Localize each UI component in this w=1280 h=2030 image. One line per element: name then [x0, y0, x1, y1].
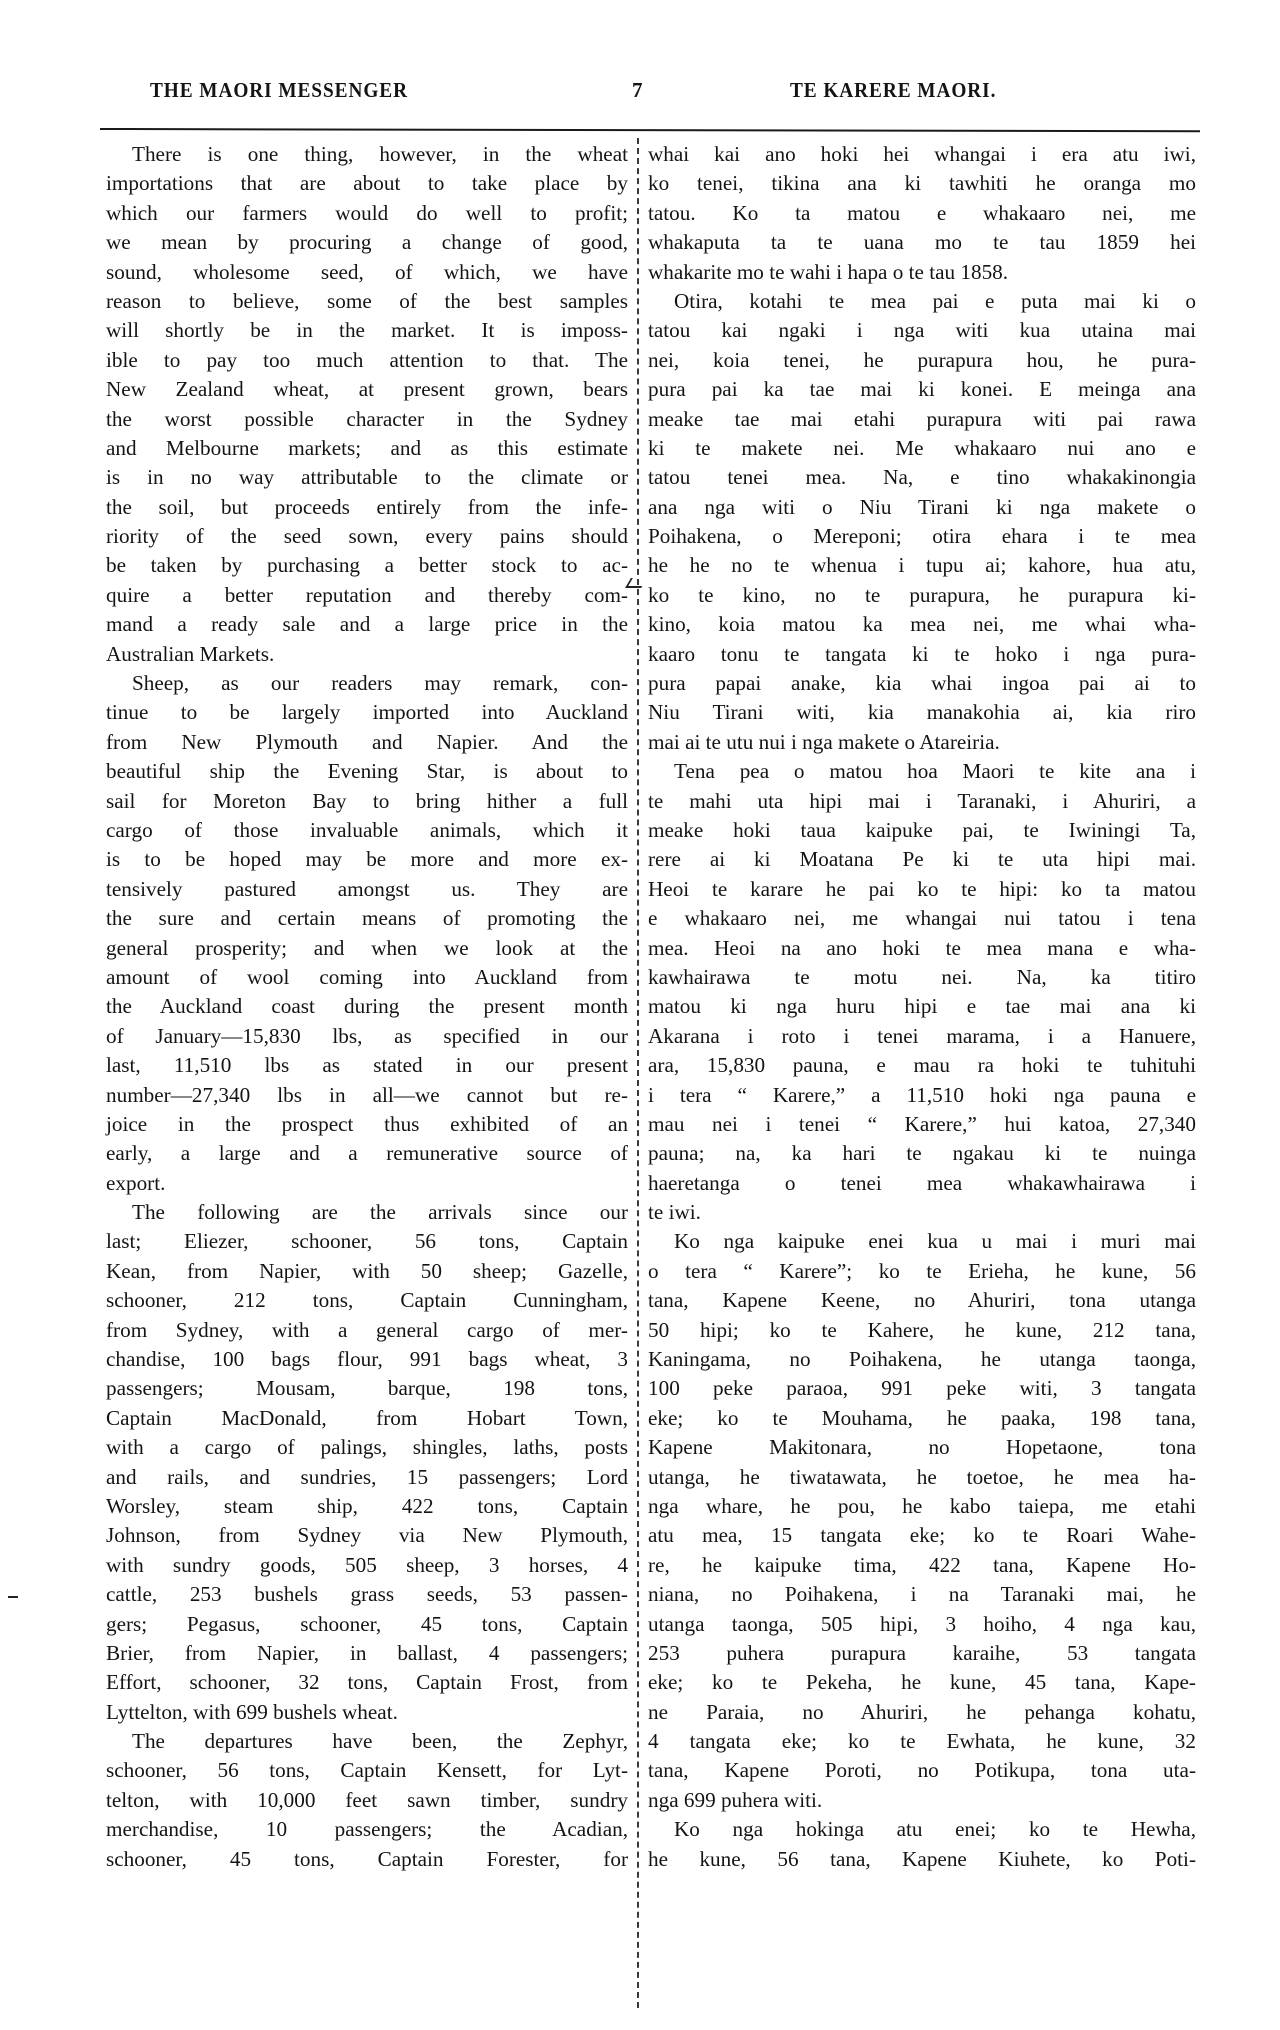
text-line: riority of the seed sown, every pains sh…: [106, 522, 628, 551]
paragraph: Tena pea o matou hoa Maori te kite ana i…: [648, 757, 1196, 1227]
text-line: with a cargo of palings, shingles, laths…: [106, 1433, 628, 1462]
page-number: 7: [632, 78, 644, 103]
text-line: reason to believe, some of the best samp…: [106, 287, 628, 316]
text-line: Otira, kotahi te mea pai e puta mai ki o: [648, 287, 1196, 316]
text-line: nga 699 puhera witi.: [648, 1786, 1196, 1815]
text-line: kaaro tonu te tangata ki te hoko i nga p…: [648, 640, 1196, 669]
text-line: and rails, and sundries, 15 passengers; …: [106, 1463, 628, 1492]
text-line: Niu Tirani witi, kia manakohia ai, kia r…: [648, 698, 1196, 727]
text-line: is in no way attributable to the climate…: [106, 463, 628, 492]
text-line: matou ki nga huru hipi e tae mai ana ki: [648, 992, 1196, 1021]
margin-tick-mark: [8, 1596, 18, 1598]
text-line: quire a better reputation and thereby co…: [106, 581, 628, 610]
text-line: utanga taonga, 505 hipi, 3 hoiho, 4 nga …: [648, 1610, 1196, 1639]
column-divider: [637, 138, 639, 2008]
text-line: cargo of those invaluable animals, which…: [106, 816, 628, 845]
text-line: the worst possible character in the Sydn…: [106, 405, 628, 434]
text-line: Poihakena, o Mereponi; otira ehara i te …: [648, 522, 1196, 551]
text-line: gers; Pegasus, schooner, 45 tons, Captai…: [106, 1610, 628, 1639]
text-line: mai ai te utu nui i nga makete o Atareir…: [648, 728, 1196, 757]
text-line: early, a large and a remunerative source…: [106, 1139, 628, 1168]
text-line: te iwi.: [648, 1198, 1196, 1227]
text-line: kino, koia matou ka mea nei, me whai wha…: [648, 610, 1196, 639]
text-line: general prosperity; and when we look at …: [106, 934, 628, 963]
text-line: Heoi te karare he pai ko te hipi: ko ta …: [648, 875, 1196, 904]
text-line: whai kai ano hoki hei whangai i era atu …: [648, 140, 1196, 169]
text-line: ki te makete nei. Me whakaaro nui ano e: [648, 434, 1196, 463]
text-line: ko te kino, no te purapura, he purapura …: [648, 581, 1196, 610]
text-line: i tera “ Karere,” a 11,510 hoki nga paun…: [648, 1081, 1196, 1110]
text-line: nga whare, he pou, he kabo taiepa, me et…: [648, 1492, 1196, 1521]
text-line: Captain MacDonald, from Hobart Town,: [106, 1404, 628, 1433]
text-line: nei, koia tenei, he purapura hou, he pur…: [648, 346, 1196, 375]
paragraph: Ko nga kaipuke enei kua u mai i muri mai…: [648, 1227, 1196, 1815]
text-line: re, he kaipuke tima, 422 tana, Kapene Ho…: [648, 1551, 1196, 1580]
text-line: will shortly be in the market. It is imp…: [106, 316, 628, 345]
text-line: atu mea, 15 tangata eke; ko te Roari Wah…: [648, 1521, 1196, 1550]
text-line: tana, Kapene Poroti, no Potikupa, tona u…: [648, 1756, 1196, 1785]
text-line: amount of wool coming into Auckland from: [106, 963, 628, 992]
text-line: tensively pastured amongst us. They are: [106, 875, 628, 904]
text-line: number—27,340 lbs in all—we cannot but r…: [106, 1081, 628, 1110]
english-column: There is one thing, however, in the whea…: [106, 140, 628, 1874]
text-line: be taken by purchasing a better stock to…: [106, 551, 628, 580]
text-line: There is one thing, however, in the whea…: [106, 140, 628, 169]
text-line: sail for Moreton Bay to bring hither a f…: [106, 787, 628, 816]
text-line: Ko nga kaipuke enei kua u mai i muri mai: [648, 1227, 1196, 1256]
text-line: o tera “ Karere”; ko te Erieha, he kune,…: [648, 1257, 1196, 1286]
text-line: Brier, from Napier, in ballast, 4 passen…: [106, 1639, 628, 1668]
text-line: 4 tangata eke; ko te Ewhata, he kune, 32: [648, 1727, 1196, 1756]
page-header: THE MAORI MESSENGER 7 TE KARERE MAORI.: [150, 78, 1220, 118]
text-line: Lyttelton, with 699 bushels wheat.: [106, 1698, 628, 1727]
text-line: te mahi uta hipi mai i Taranaki, i Ahuri…: [648, 787, 1196, 816]
text-line: Sheep, as our readers may remark, con-: [106, 669, 628, 698]
header-rule: [100, 128, 1200, 132]
text-line: Kapene Makitonara, no Hopetaone, tona: [648, 1433, 1196, 1462]
text-line: ara, 15,830 pauna, e mau ra hoki te tuhi…: [648, 1051, 1196, 1080]
text-line: 253 puhera purapura karaihe, 53 tangata: [648, 1639, 1196, 1668]
text-line: mand a ready sale and a large price in t…: [106, 610, 628, 639]
text-line: chandise, 100 bags flour, 991 bags wheat…: [106, 1345, 628, 1374]
text-line: merchandise, 10 passengers; the Acadian,: [106, 1815, 628, 1844]
text-line: Johnson, from Sydney via New Plymouth,: [106, 1521, 628, 1550]
text-line: which our farmers would do well to profi…: [106, 199, 628, 228]
text-line: the sure and certain means of promoting …: [106, 904, 628, 933]
paragraph: Otira, kotahi te mea pai e puta mai ki o…: [648, 287, 1196, 757]
text-line: with sundry goods, 505 sheep, 3 horses, …: [106, 1551, 628, 1580]
text-line: beautiful ship the Evening Star, is abou…: [106, 757, 628, 786]
text-line: utanga, he tiwatawata, he toetoe, he mea…: [648, 1463, 1196, 1492]
text-line: 50 hipi; ko te Kahere, he kune, 212 tana…: [648, 1316, 1196, 1345]
text-line: export.: [106, 1169, 628, 1198]
text-line: we mean by procuring a change of good,: [106, 228, 628, 257]
text-line: passengers; Mousam, barque, 198 tons,: [106, 1374, 628, 1403]
text-line: 100 peke paraoa, 991 peke witi, 3 tangat…: [648, 1374, 1196, 1403]
paragraph: The following are the arrivals since our…: [106, 1198, 628, 1727]
paragraph: Sheep, as our readers may remark, con-ti…: [106, 669, 628, 1198]
text-line: pura pai ka tae mai ki konei. E meinga a…: [648, 375, 1196, 404]
text-line: Australian Markets.: [106, 640, 628, 669]
text-line: the Auckland coast during the present mo…: [106, 992, 628, 1021]
text-line: tatou. Ko ta matou e whakaaro nei, me: [648, 199, 1196, 228]
text-line: kawhairawa te motu nei. Na, ka titiro: [648, 963, 1196, 992]
text-line: of January—15,830 lbs, as specified in o…: [106, 1022, 628, 1051]
text-line: schooner, 212 tons, Captain Cunningham,: [106, 1286, 628, 1315]
text-line: he kune, 56 tana, Kapene Kiuhete, ko Pot…: [648, 1845, 1196, 1874]
text-line: niana, no Poihakena, i na Taranaki mai, …: [648, 1580, 1196, 1609]
text-line: mea. Heoi na ano hoki te mea mana e wha-: [648, 934, 1196, 963]
text-line: The departures have been, the Zephyr,: [106, 1727, 628, 1756]
paragraph: There is one thing, however, in the whea…: [106, 140, 628, 669]
text-line: Worsley, steam ship, 422 tons, Captain: [106, 1492, 628, 1521]
text-line: cattle, 253 bushels grass seeds, 53 pass…: [106, 1580, 628, 1609]
text-line: Effort, schooner, 32 tons, Captain Frost…: [106, 1668, 628, 1697]
text-line: tatou kai ngaki i nga witi kua utaina ma…: [648, 316, 1196, 345]
paragraph: The departures have been, the Zephyr,sch…: [106, 1727, 628, 1874]
text-line: New Zealand wheat, at present grown, bea…: [106, 375, 628, 404]
text-line: meake tae mai etahi purapura witi pai ra…: [648, 405, 1196, 434]
text-line: tana, Kapene Keene, no Ahuriri, tona uta…: [648, 1286, 1196, 1315]
text-line: ne Paraia, no Ahuriri, he pehanga kohatu…: [648, 1698, 1196, 1727]
text-line: Akarana i roto i tenei marama, i a Hanue…: [648, 1022, 1196, 1051]
text-line: Ko nga hokinga atu enei; ko te Hewha,: [648, 1815, 1196, 1844]
paragraph: Ko nga hokinga atu enei; ko te Hewha,he …: [648, 1815, 1196, 1874]
english-masthead-title: THE MAORI MESSENGER: [150, 78, 408, 103]
text-line: importations that are about to take plac…: [106, 169, 628, 198]
text-line: Tena pea o matou hoa Maori te kite ana i: [648, 757, 1196, 786]
maori-masthead-title: TE KARERE MAORI.: [790, 78, 996, 103]
text-line: is to be hoped may be more and more ex-: [106, 845, 628, 874]
text-line: eke; ko te Mouhama, he paaka, 198 tana,: [648, 1404, 1196, 1433]
text-line: whakaputa ta te uana mo te tau 1859 hei: [648, 228, 1196, 257]
text-line: pura papai anake, kia whai ingoa pai ai …: [648, 669, 1196, 698]
text-line: last, 11,510 lbs as stated in our presen…: [106, 1051, 628, 1080]
text-line: tatou tenei mea. Na, e tino whakakinongi…: [648, 463, 1196, 492]
text-line: rere ai ki Moatana Pe ki te uta hipi mai…: [648, 845, 1196, 874]
text-line: meake hoki taua kaipuke pai, te Iwiningi…: [648, 816, 1196, 845]
text-line: joice in the prospect thus exhibited of …: [106, 1110, 628, 1139]
paragraph: whai kai ano hoki hei whangai i era atu …: [648, 140, 1196, 287]
stray-ink-mark: [625, 578, 647, 588]
text-line: mau nei i tenei “ Karere,” hui katoa, 27…: [648, 1110, 1196, 1139]
text-line: he he no te whenua i tupu ai; kahore, hu…: [648, 551, 1196, 580]
text-line: whakarite mo te wahi i hapa o te tau 185…: [648, 258, 1196, 287]
text-line: haeretanga o tenei mea whakawhairawa i: [648, 1169, 1196, 1198]
text-line: from New Plymouth and Napier. And the: [106, 728, 628, 757]
text-line: pauna; na, ka hari te ngakau ki te nuing…: [648, 1139, 1196, 1168]
text-line: telton, with 10,000 feet sawn timber, su…: [106, 1786, 628, 1815]
text-line: sound, wholesome seed, of which, we have: [106, 258, 628, 287]
text-line: from Sydney, with a general cargo of mer…: [106, 1316, 628, 1345]
text-line: e whakaaro nei, me whangai nui tatou i t…: [648, 904, 1196, 933]
text-line: the soil, but proceeds entirely from the…: [106, 493, 628, 522]
text-line: The following are the arrivals since our: [106, 1198, 628, 1227]
text-line: schooner, 45 tons, Captain Forester, for: [106, 1845, 628, 1874]
newspaper-page: THE MAORI MESSENGER 7 TE KARERE MAORI. T…: [0, 0, 1280, 2030]
text-line: last; Eliezer, schooner, 56 tons, Captai…: [106, 1227, 628, 1256]
text-line: ko tenei, tikina ana ki tawhiti he orang…: [648, 169, 1196, 198]
text-line: Kaningama, no Poihakena, he utanga taong…: [648, 1345, 1196, 1374]
text-line: tinue to be largely imported into Auckla…: [106, 698, 628, 727]
text-line: ana nga witi o Niu Tirani ki nga makete …: [648, 493, 1196, 522]
text-line: ible to pay too much attention to that. …: [106, 346, 628, 375]
text-line: schooner, 56 tons, Captain Kensett, for …: [106, 1756, 628, 1785]
text-line: eke; ko te Pekeha, he kune, 45 tana, Kap…: [648, 1668, 1196, 1697]
text-line: Kean, from Napier, with 50 sheep; Gazell…: [106, 1257, 628, 1286]
maori-column: whai kai ano hoki hei whangai i era atu …: [648, 140, 1196, 1874]
text-line: and Melbourne markets; and as this estim…: [106, 434, 628, 463]
